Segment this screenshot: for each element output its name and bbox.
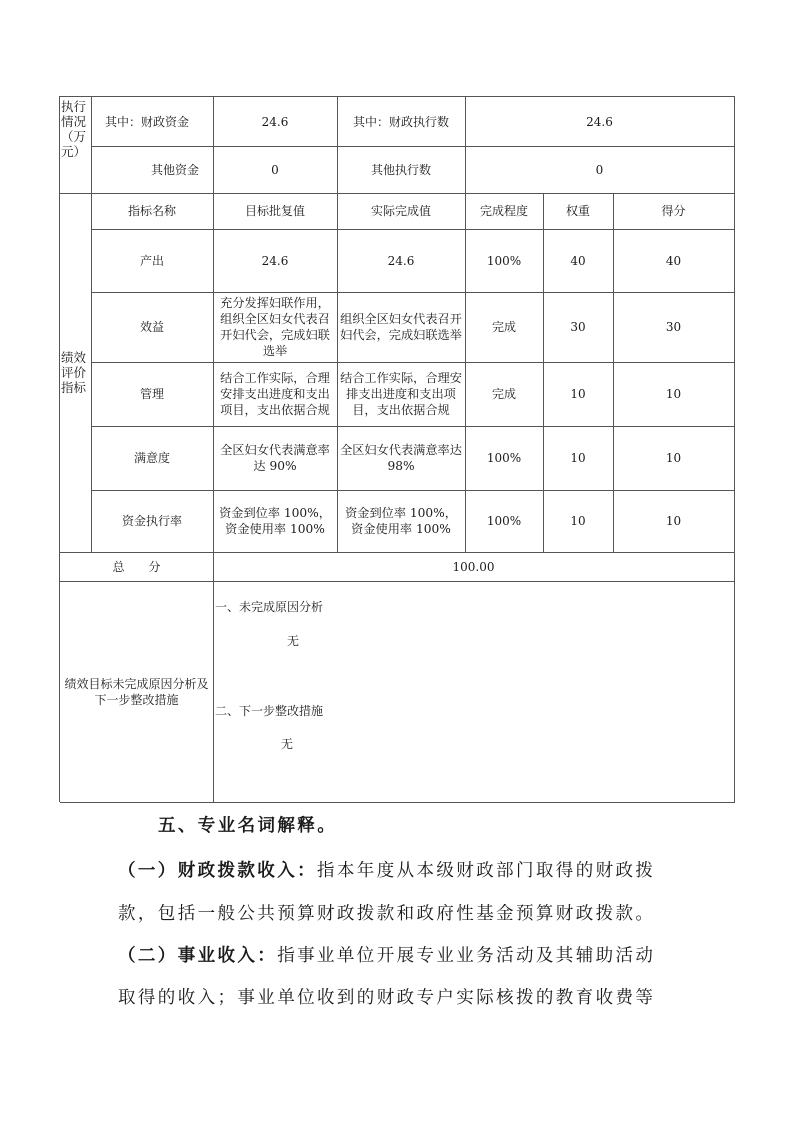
fiscal-exec-label: 其中：财政执行数 (337, 97, 466, 147)
fiscal-exec-value: 24.6 (465, 97, 735, 147)
header-actual-value: 实际完成值 (337, 193, 466, 230)
analysis-section2-body: 无 (281, 735, 293, 752)
execution-side-label: 执行情况（万元） (60, 97, 92, 194)
table-row-score: 30 (613, 292, 735, 363)
table-row-weight: 40 (543, 229, 614, 293)
table-row-weight: 30 (543, 292, 614, 363)
fiscal-funds-value: 24.6 (213, 97, 338, 147)
glossary-title: 五、专业名词解释。 (158, 812, 337, 837)
table-row-score: 10 (613, 362, 735, 427)
table-row-score: 40 (613, 229, 735, 293)
table-row-degree: 完成 (465, 362, 544, 427)
table-row-name: 效益 (91, 292, 214, 363)
table-row-name: 产出 (91, 229, 214, 293)
analysis-section1-body: 无 (287, 632, 299, 649)
table-row-name: 管理 (91, 362, 214, 427)
analysis-section2-title: 二、下一步整改措施 (215, 702, 323, 719)
table-row-target: 全区妇女代表满意率达 90% (213, 426, 338, 491)
other-funds-label: 其他资金 (91, 146, 214, 194)
table-row-score: 10 (613, 426, 735, 491)
header-completion: 完成程度 (465, 193, 544, 230)
table-row-actual: 全区妇女代表满意率达 98% (337, 426, 466, 491)
table-row-score: 10 (613, 490, 735, 553)
analysis-label: 绩效目标未完成原因分析及下一步整改措施 (60, 581, 214, 803)
header-target-value: 目标批复值 (213, 193, 338, 230)
table-row-weight: 10 (543, 362, 614, 427)
table-row-degree: 100% (465, 426, 544, 491)
other-exec-label: 其他执行数 (337, 146, 466, 194)
performance-table: 执行情况（万元） 其中：财政资金 24.6 其中：财政执行数 24.6 其他资金… (59, 96, 735, 802)
table-row-degree: 完成 (465, 292, 544, 363)
glossary-item-1-line2: 款，包括一般公共预算财政拨款和政府性基金预算财政拨款。 (118, 900, 655, 925)
table-row-name: 资金执行率 (91, 490, 214, 553)
glossary-term: （二）事业收入： (118, 946, 277, 966)
glossary-definition: 指本年度从本级财政部门取得的财政拨 (317, 861, 655, 881)
header-weight: 权重 (543, 193, 614, 230)
glossary-definition: 指事业单位开展专业业务活动及其辅助活动 (277, 946, 655, 966)
header-score: 得分 (613, 193, 735, 230)
other-funds-value: 0 (213, 146, 338, 194)
glossary-item-1-line1: （一）财政拨款收入：指本年度从本级财政部门取得的财政拨 (118, 857, 655, 882)
table-row-target: 结合工作实际，合理安排支出进度和支出项目，支出依据合规 (213, 362, 338, 427)
total-value: 100.00 (213, 552, 735, 582)
table-row-degree: 100% (465, 229, 544, 293)
table-row-actual: 结合工作实际，合理安排支出进度和支出项目，支出依据合规 (337, 362, 466, 427)
table-row-actual: 24.6 (337, 229, 466, 293)
glossary-item-2-line2: 取得的收入；事业单位收到的财政专户实际核拨的教育收费等 (118, 984, 655, 1009)
table-row-actual: 资金到位率 100%，资金使用率 100% (337, 490, 466, 553)
table-row-target: 资金到位率 100%，资金使用率 100% (213, 490, 338, 553)
glossary-item-2-line1: （二）事业收入：指事业单位开展专业业务活动及其辅助活动 (118, 942, 655, 967)
other-exec-value: 0 (465, 146, 735, 194)
analysis-section1-title: 一、未完成原因分析 (215, 598, 323, 615)
header-indicator-name: 指标名称 (91, 193, 214, 230)
table-row-degree: 100% (465, 490, 544, 553)
table-row-actual: 组织全区妇女代表召开妇代会，完成妇联选举 (337, 292, 466, 363)
table-row-name: 满意度 (91, 426, 214, 491)
fiscal-funds-label: 其中：财政资金 (91, 97, 214, 147)
glossary-term: （一）财政拨款收入： (118, 861, 317, 881)
total-label: 总 分 (60, 552, 214, 582)
table-row-target: 充分发挥妇联作用，组织全区妇女代表召开妇代会，完成妇联选举 (213, 292, 338, 363)
table-row-target: 24.6 (213, 229, 338, 293)
table-row-weight: 10 (543, 426, 614, 491)
table-row-weight: 10 (543, 490, 614, 553)
performance-side-label: 绩效评价指标 (60, 193, 92, 553)
